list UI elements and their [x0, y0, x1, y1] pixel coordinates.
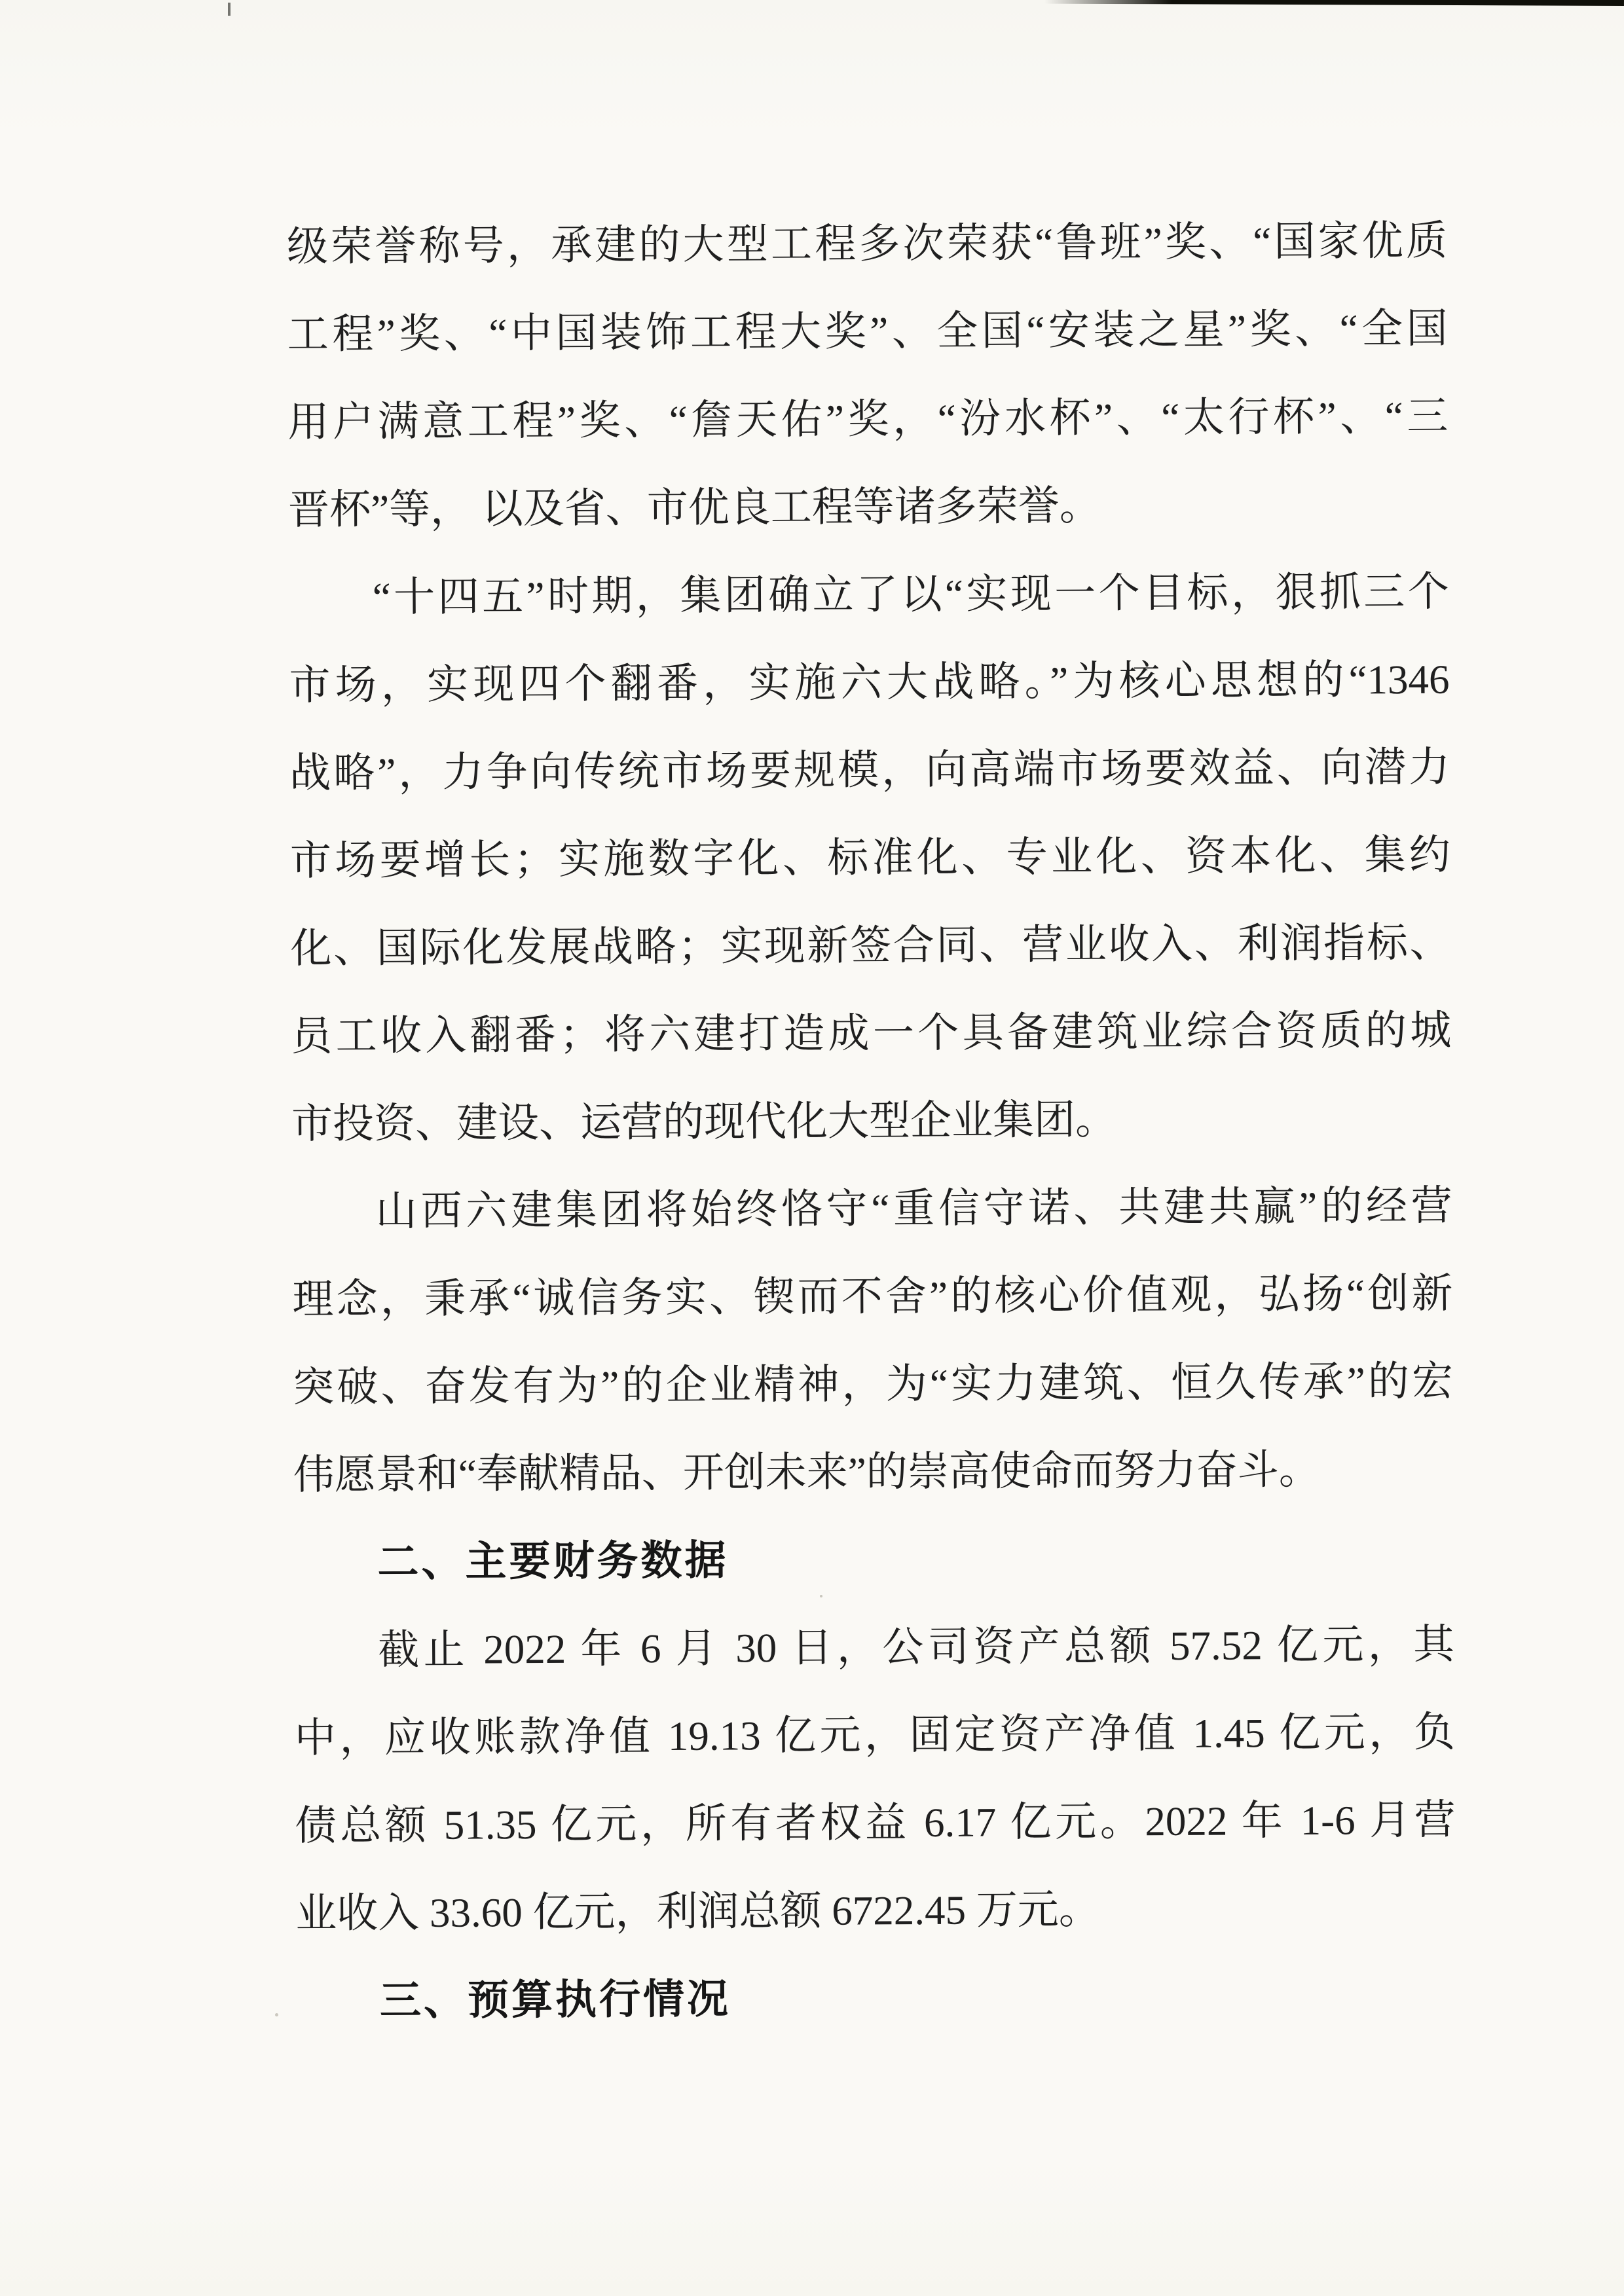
scan-speck [275, 2013, 278, 2016]
text-line: 市场要增长；实施数字化、标准化、专业化、资本化、集约 [290, 811, 1451, 905]
heading-budget-execution: 三、预算执行情况 [296, 1952, 1457, 2045]
text-line: 工程”奖、“中国装饰工程大奖”、全国“安装之星”奖、“全国 [287, 285, 1448, 378]
text-line: “十四五”时期，集团确立了以“实现一个目标，狠抓三个 [288, 548, 1449, 642]
text-line: 突破、奋发有为”的企业精神，为“实力建筑、恒久传承”的宏 [293, 1338, 1454, 1431]
document-text-block: 级荣誉称号，承建的大型工程多次荣获“鲁班”奖、“国家优质 工程”奖、“中国装饰工… [287, 197, 1457, 2045]
scan-artifact-top-edge-band [1044, 0, 1624, 6]
text-line: 化、国际化发展战略；实现新签合同、营业收入、利润指标、 [290, 899, 1451, 993]
text-line: 理念，秉承“诚信务实、锲而不舍”的核心价值观，弘扬“创新 [292, 1250, 1453, 1343]
scan-artifact-tick [228, 3, 231, 16]
text-line: 市投资、建设、运营的现代化大型企业集团。 [291, 1074, 1452, 1168]
scanned-page: 级荣誉称号，承建的大型工程多次荣获“鲁班”奖、“国家优质 工程”奖、“中国装饰工… [0, 0, 1624, 2296]
heading-financial-data: 二、主要财务数据 [293, 1513, 1454, 1607]
text-line: 级荣誉称号，承建的大型工程多次荣获“鲁班”奖、“国家优质 [287, 197, 1448, 291]
text-line: 用户满意工程”奖、“詹天佑”奖，“汾水杯”、“太行杯”、“三 [287, 373, 1449, 466]
text-line: 业收入 33.60 亿元，利润总额 6722.45 万元。 [295, 1864, 1456, 1958]
text-line: 中，应收账款净值 19.13 亿元，固定资产净值 1.45 亿元，负 [295, 1688, 1456, 1782]
text-line: 市场，实现四个翻番，实施六大战略。”为核心思想的“1346 [289, 636, 1450, 729]
text-line: 员工收入翻番；将六建打造成一个具备建筑业综合资质的城 [291, 987, 1452, 1080]
text-line: 债总额 51.35 亿元，所有者权益 6.17 亿元。2022 年 1-6 月营 [295, 1776, 1456, 1870]
text-line: 晋杯”等， 以及省、市优良工程等诸多荣誉。 [288, 460, 1449, 554]
text-line: 伟愿景和“奉献精品、开创未来”的崇高使命而努力奋斗。 [293, 1425, 1454, 1519]
text-line: 山西六建集团将始终恪守“重信守诺、共建共赢”的经营 [291, 1162, 1452, 1256]
text-line: 战略”，力争向传统市场要规模，向高端市场要效益、向潜力 [289, 723, 1450, 817]
text-line: 截止 2022 年 6 月 30 日，公司资产总额 57.52 亿元，其 [294, 1601, 1455, 1694]
